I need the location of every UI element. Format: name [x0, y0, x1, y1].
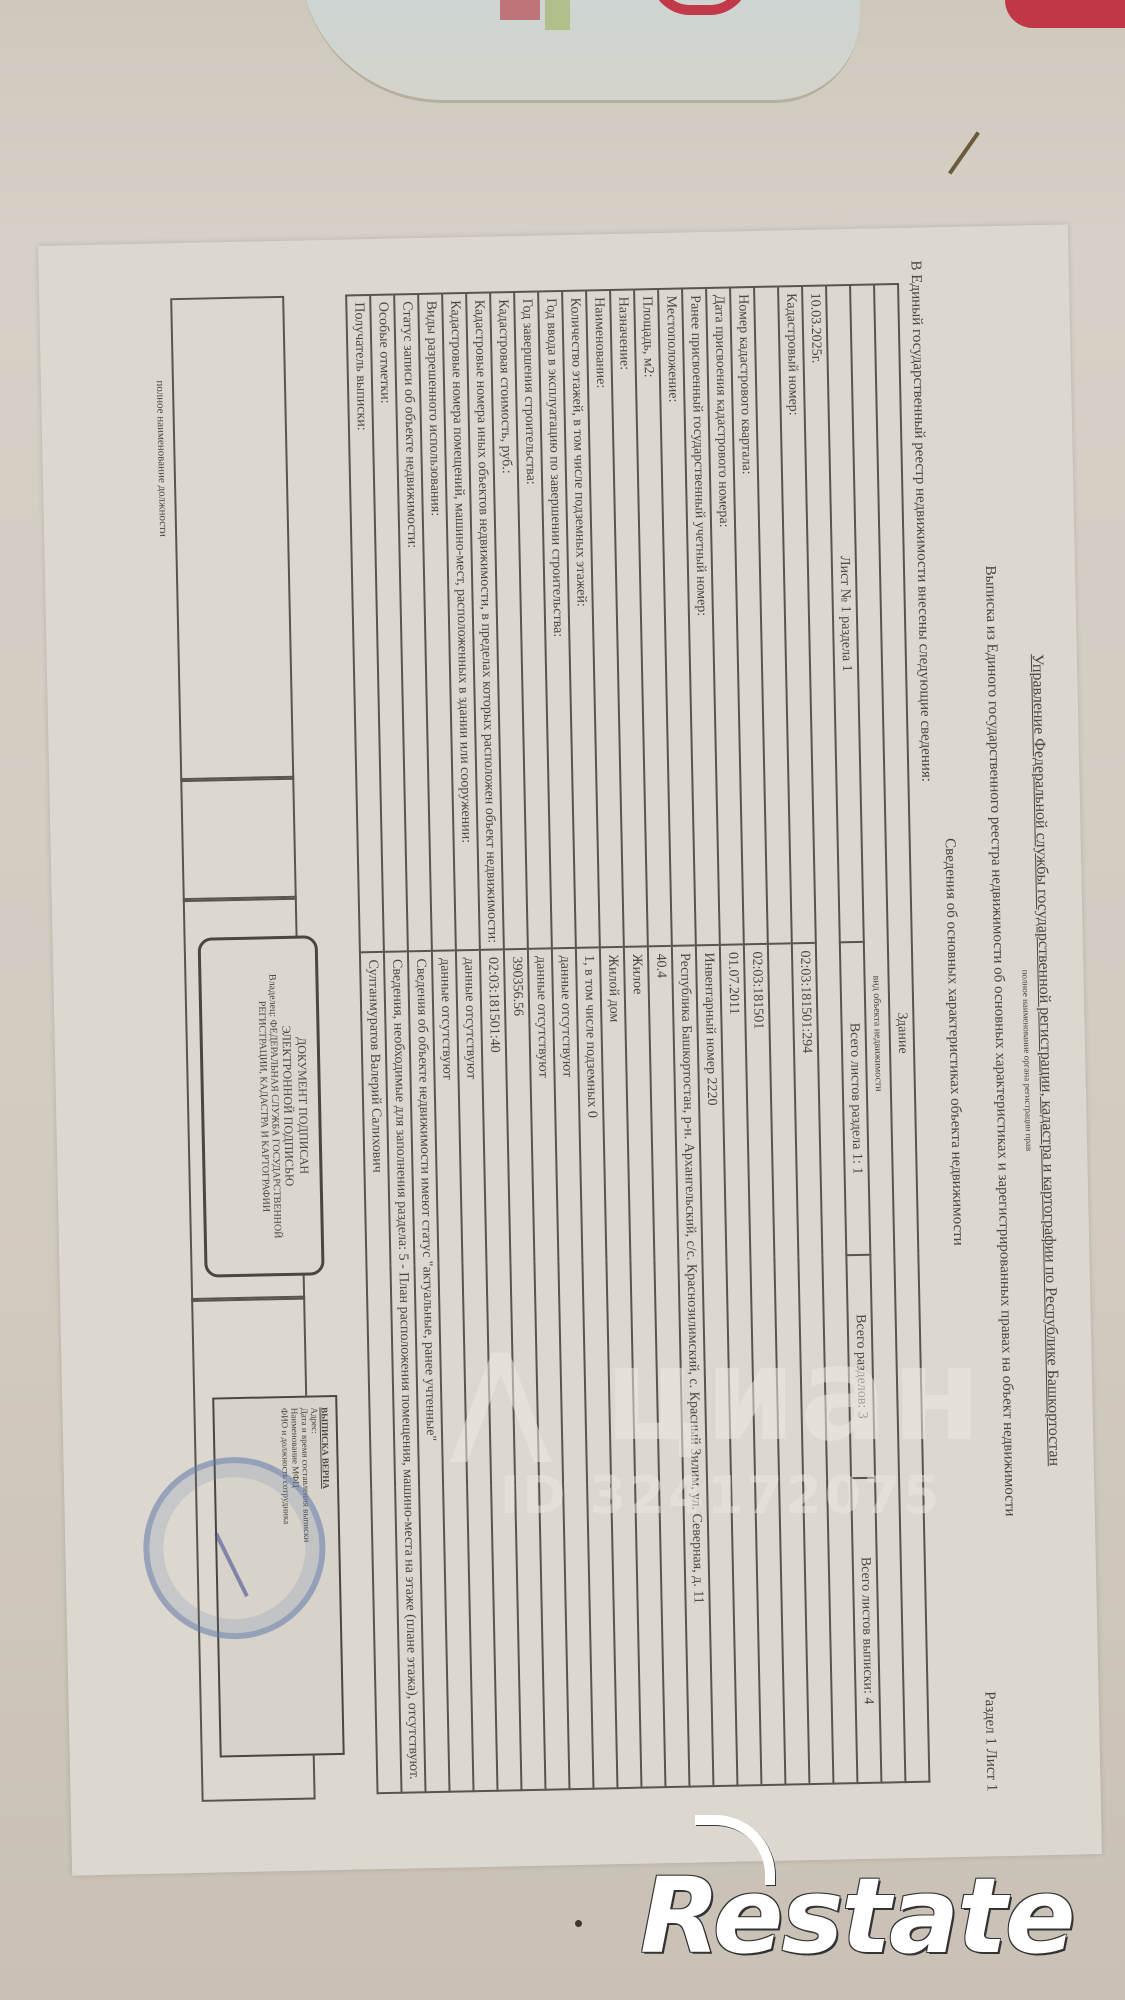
section-reference: Раздел 1 Лист 1: [981, 1691, 1000, 1791]
electronic-signature-badge: ДОКУМЕНТ ПОДПИСАН ЭЛЕКТРОННОЙ ПОДПИСЬЮ В…: [198, 935, 325, 1277]
position-cell: полное наименование должности: [170, 296, 294, 782]
signature-cell: [180, 776, 297, 902]
toy-red-part: [500, 0, 540, 20]
toy-green-part: [545, 0, 570, 30]
document-sheet: Управление Федеральной службы государств…: [38, 224, 1102, 1875]
egrn-extract: Управление Федеральной службы государств…: [64, 250, 1077, 1850]
cian-logo-icon: ⋀: [450, 1329, 555, 1468]
characteristics-table: Здание вид объекта недвижимости Лист № 1…: [345, 283, 930, 1794]
restate-logo: Restate: [640, 1855, 1074, 1977]
position-label: полное наименование должности: [154, 380, 169, 537]
cian-id-watermark: ID 324172075: [500, 1466, 942, 1526]
toy-red-letter: [650, 0, 750, 15]
cian-watermark-text: циан: [604, 1318, 985, 1470]
red-object-corner: [1005, 0, 1125, 28]
cian-watermark: ⋀ циан: [450, 1318, 985, 1470]
intro-text: В Единый государственный реестр недвижим…: [907, 260, 935, 782]
signature-row: полное наименование должности ДОКУМЕНТ П…: [164, 296, 315, 1798]
plastic-bag-photo-object: [300, 0, 860, 103]
debris-twig: [948, 131, 980, 174]
debris-dot: [575, 1920, 582, 1927]
